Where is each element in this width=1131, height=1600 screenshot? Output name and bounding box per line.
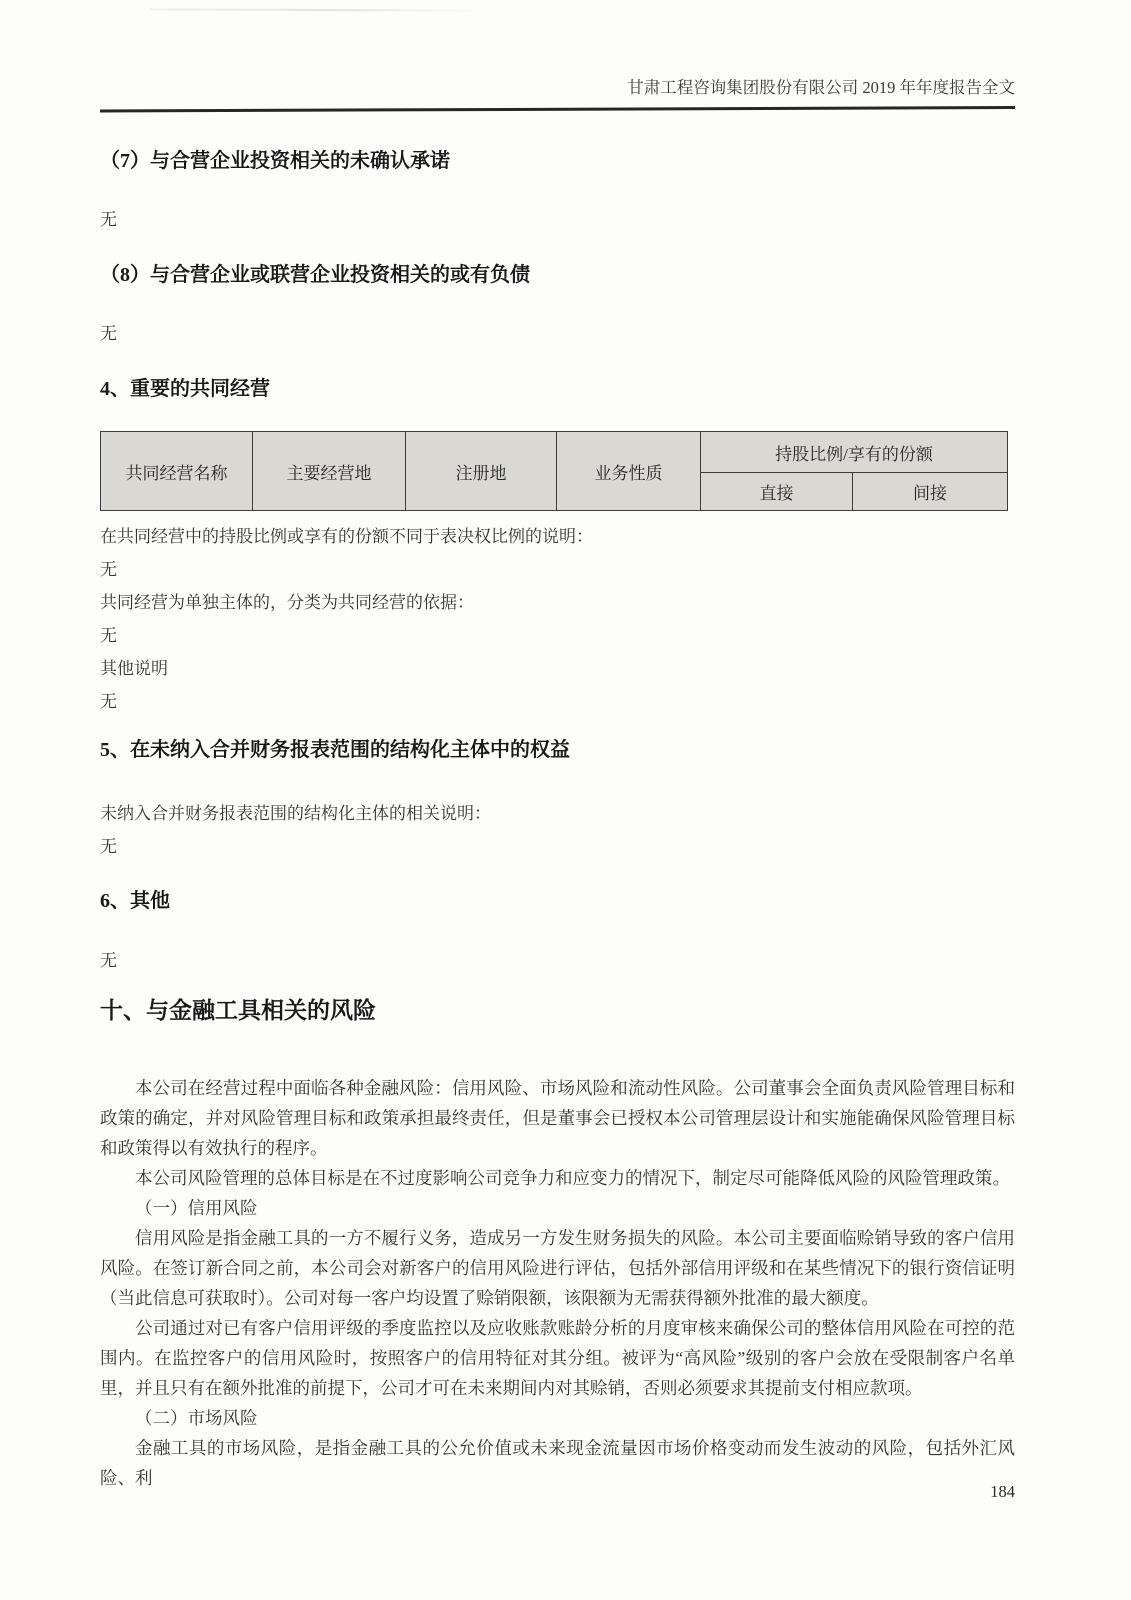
risk-paragraph-goal: 本公司风险管理的总体目标是在不过度影响公司竞争力和应变力的情况下，制定尽可能降低… — [100, 1163, 1015, 1193]
risk-subheading-market: （二）市场风险 — [100, 1403, 1015, 1433]
col-header-main-operating-place: 主要经营地 — [253, 432, 406, 511]
joint-operation-notes: 在共同经营中的持股比例或享有的份额不同于表决权比例的说明： 无 共同经营为单独主… — [100, 526, 1015, 713]
note-other-value: 无 — [100, 691, 1015, 713]
joint-operation-table: 共同经营名称 主要经营地 注册地 业务性质 持股比例/享有的份额 直接 间接 — [100, 431, 1008, 511]
risk-paragraph-market: 金融工具的市场风险，是指金融工具的公允价值或未来现金流量因市场价格变动而发生波动… — [100, 1433, 1015, 1493]
col-header-direct: 直接 — [701, 473, 853, 511]
header-divider — [100, 106, 1015, 113]
section-4-heading: 4、重要的共同经营 — [100, 377, 1015, 401]
risk-paragraph-overview: 本公司在经营过程中面临各种金融风险：信用风险、市场风险和流动性风险。公司董事会全… — [100, 1073, 1015, 1163]
section-7-body: 无 — [100, 209, 1015, 231]
note-voting-ratio-value: 无 — [100, 559, 1015, 581]
page-number: 184 — [990, 1482, 1015, 1502]
section-6-body: 无 — [100, 950, 1015, 972]
section-10-heading: 十、与金融工具相关的风险 — [100, 997, 1015, 1025]
risk-subheading-credit: （一）信用风险 — [100, 1193, 1015, 1223]
risk-paragraph-credit-2: 公司通过对已有客户信用评级的季度监控以及应收账款账龄分析的月度审核来确保公司的整… — [100, 1313, 1015, 1403]
document-page: 甘肃工程咨询集团股份有限公司 2019 年年度报告全文 （7）与合营企业投资相关… — [0, 0, 1131, 1600]
section-5-body: 无 — [100, 836, 1015, 858]
note-other-label: 其他说明 — [100, 658, 1015, 680]
section-6-heading: 6、其他 — [100, 889, 1015, 913]
financial-risk-text: 本公司在经营过程中面临各种金融风险：信用风险、市场风险和流动性风险。公司董事会全… — [100, 1073, 1015, 1493]
report-header-title: 甘肃工程咨询集团股份有限公司 2019 年年度报告全文 — [100, 0, 1015, 98]
section-7-heading: （7）与合营企业投资相关的未确认承诺 — [100, 149, 1015, 173]
col-header-indirect: 间接 — [853, 473, 1008, 511]
section-5-heading: 5、在未纳入合并财务报表范围的结构化主体中的权益 — [100, 738, 1015, 762]
section-5-note: 未纳入合并财务报表范围的结构化主体的相关说明： — [100, 803, 1015, 825]
section-8-body: 无 — [100, 323, 1015, 345]
section-8-heading: （8）与合营企业或联营企业投资相关的或有负债 — [100, 263, 1015, 287]
note-voting-ratio-label: 在共同经营中的持股比例或享有的份额不同于表决权比例的说明： — [100, 526, 1015, 548]
risk-paragraph-credit-1: 信用风险是指金融工具的一方不履行义务，造成另一方发生财务损失的风险。本公司主要面… — [100, 1223, 1015, 1313]
note-separate-entity-value: 无 — [100, 625, 1015, 647]
table-header-row: 共同经营名称 主要经营地 注册地 业务性质 持股比例/享有的份额 — [101, 432, 1008, 473]
col-header-registration-place: 注册地 — [406, 432, 557, 511]
col-header-shareholding-ratio: 持股比例/享有的份额 — [701, 432, 1008, 473]
col-header-business-nature: 业务性质 — [557, 432, 701, 511]
col-header-joint-operation-name: 共同经营名称 — [101, 432, 253, 511]
note-separate-entity-label: 共同经营为单独主体的，分类为共同经营的依据： — [100, 592, 1015, 614]
